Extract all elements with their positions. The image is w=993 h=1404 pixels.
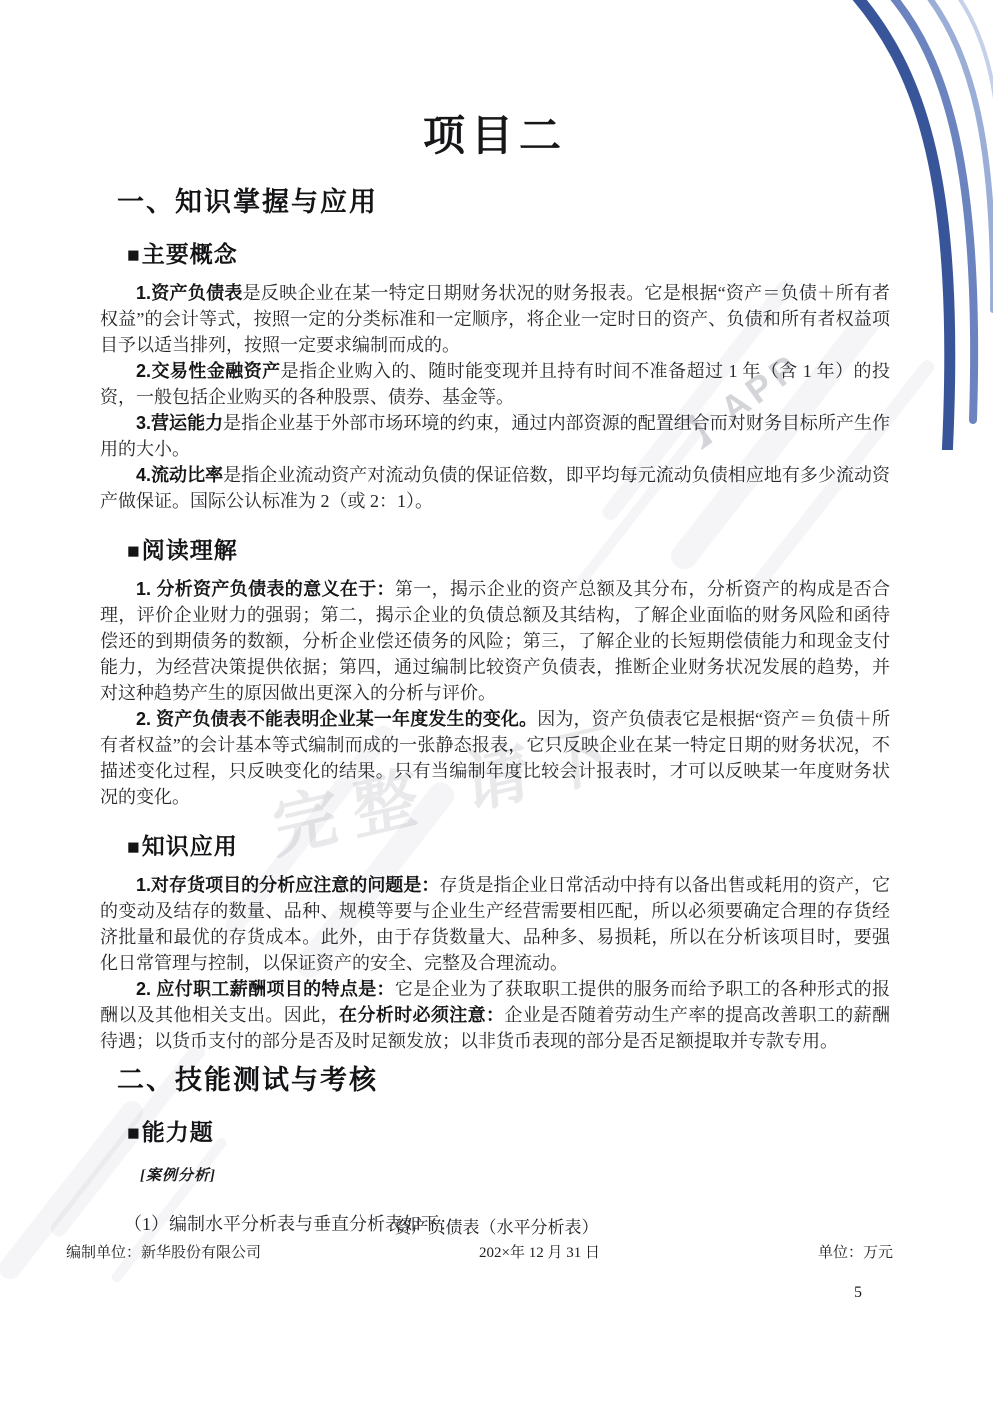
- case-analysis-label: [案例分析]: [140, 1164, 890, 1185]
- paragraph-reading-1: 1. 分析资产负债表的意义在于：第一，揭示企业的资产总额及其分布，分析资产的构成…: [100, 576, 890, 706]
- emphasis-lead-in: 在分析时必须注意：: [339, 1005, 504, 1025]
- paragraph-application-1: 1.对存货项目的分析应注意的问题是：存货是指企业日常活动中持有以备出售或耗用的资…: [100, 872, 890, 976]
- square-bullet-icon: ■: [127, 836, 141, 859]
- term-lead-in: 1.资产负债表: [136, 283, 243, 303]
- table-title: 资产负债表（水平分析表）: [0, 1213, 993, 1238]
- term-lead-in: 2. 应付职工薪酬项目的特点是：: [136, 979, 395, 999]
- ribbon-arc: [925, 0, 993, 310]
- paragraph-application-2: 2. 应付职工薪酬项目的特点是：它是企业为了获取职工提供的服务而给予职工的各种形…: [100, 976, 890, 1054]
- subsection-heading-reading: ■阅读理解: [127, 536, 890, 566]
- statement-date: 202×年 12 月 31 日: [479, 1241, 600, 1262]
- subsection-label: 主要概念: [142, 241, 238, 267]
- subsection-label: 知识应用: [142, 833, 238, 859]
- table-meta-row: 编制单位：新华股份有限公司 202×年 12 月 31 日 单位：万元: [66, 1241, 893, 1262]
- section-heading-knowledge: 一、知识掌握与应用: [117, 186, 890, 218]
- subsection-heading-application: ■知识应用: [127, 832, 890, 862]
- document-page: 完整 请下 】APP 项目二 一、知识掌握与应用 ■主要概念 1.资产负债表是反…: [0, 0, 993, 1404]
- term-lead-in: 1.对存货项目的分析应注意的问题是：: [136, 875, 439, 895]
- ribbon-arc: [955, 0, 993, 190]
- section-heading-skills: 二、技能测试与考核: [117, 1064, 890, 1096]
- square-bullet-icon: ■: [127, 244, 141, 267]
- paragraph-reading-2: 2. 资产负债表不能表明企业某一年度发生的变化。因为，资产负债表它是根据“资产＝…: [100, 706, 890, 810]
- subsection-heading-concepts: ■主要概念: [127, 240, 890, 270]
- paragraph-concept-2: 2.交易性金融资产是指企业购入的、随时能变现并且持有时间不准备超过 1 年（含 …: [100, 358, 890, 410]
- term-lead-in: 2. 资产负债表不能表明企业某一年度发生的变化。: [136, 709, 537, 729]
- subsection-label: 能力题: [142, 1119, 214, 1145]
- page-title: 项目二: [100, 112, 890, 162]
- paragraph-concept-1: 1.资产负债表是反映企业在某一特定日期财务状况的财务报表。它是根据“资产＝负债＋…: [100, 280, 890, 358]
- ribbon-arc: [889, 0, 974, 420]
- term-lead-in: 3.营运能力: [136, 413, 223, 433]
- paragraph-concept-4: 4.流动比率是指企业流动资产对流动负债的保证倍数，即平均每元流动负债相应地有多少…: [100, 462, 890, 514]
- term-lead-in: 2.交易性金融资产: [136, 361, 281, 381]
- subsection-heading-ability: ■能力题: [127, 1118, 890, 1148]
- paragraph-concept-3: 3.营运能力是指企业基于外部市场环境的约束，通过内部资源的配置组合而对财务目标所…: [100, 410, 890, 462]
- square-bullet-icon: ■: [127, 1122, 141, 1145]
- term-lead-in: 4.流动比率: [136, 465, 223, 485]
- prepared-by-label: 编制单位：新华股份有限公司: [66, 1241, 261, 1262]
- square-bullet-icon: ■: [127, 540, 141, 563]
- subsection-label: 阅读理解: [142, 537, 238, 563]
- page-number: 5: [854, 1284, 862, 1302]
- unit-label: 单位：万元: [818, 1241, 893, 1262]
- document-content: 项目二 一、知识掌握与应用 ■主要概念 1.资产负债表是反映企业在某一特定日期财…: [100, 0, 890, 1237]
- term-lead-in: 1. 分析资产负债表的意义在于：: [136, 579, 395, 599]
